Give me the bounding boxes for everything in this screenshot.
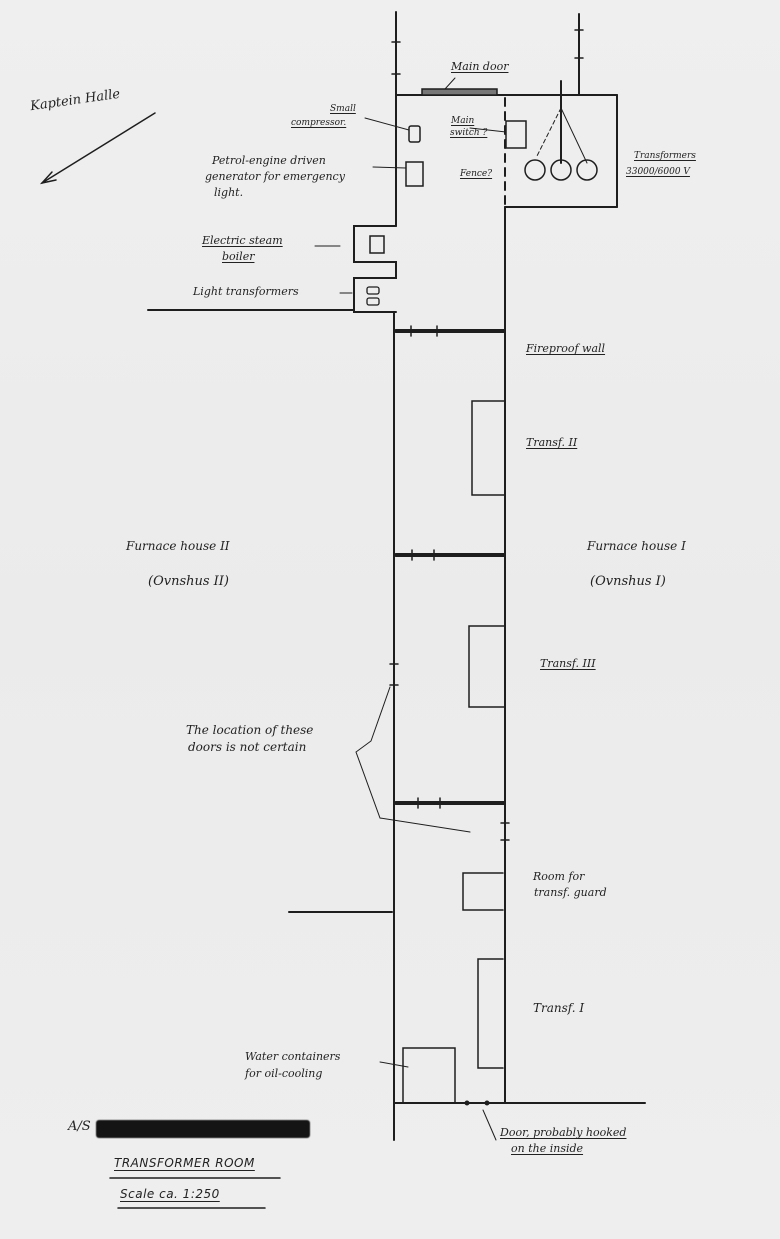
transformers-label-line2: 33000/6000 V <box>626 167 690 178</box>
guard-room-label-line2: transf. guard <box>534 886 607 899</box>
transformers-label-line1: Transformers <box>634 151 696 162</box>
main-switch-label-line2: switch ? <box>450 128 487 139</box>
doors-note-line2: doors is not certain <box>188 739 306 756</box>
company-prefix: A/S <box>68 1118 91 1136</box>
steam-boiler-label-line2: boiler <box>222 250 254 263</box>
door-hooked-label-line2: on the inside <box>511 1142 583 1155</box>
furnace-house-2-label: Furnace house II <box>126 538 230 555</box>
ovnshus-2-label: (Ovnshus II) <box>148 573 229 591</box>
steam-boiler-label-line1: Electric steam <box>202 234 283 247</box>
guard-room-label-line1: Room for <box>533 870 584 883</box>
fence-label: Fence? <box>460 169 492 180</box>
transf-3-label: Transf. III <box>540 657 596 670</box>
water-containers-label-line2: for oil-cooling <box>245 1067 322 1080</box>
door-hooked-label-line1: Door, probably hooked <box>500 1126 626 1139</box>
small-compressor-label-line1: Small <box>330 104 356 115</box>
fireproof-wall-label: Fireproof wall <box>526 342 605 355</box>
drawing-scale: Scale ca. 1:250 <box>120 1187 220 1201</box>
main-door-label: Main door <box>451 60 508 73</box>
ovnshus-1-label: (Ovnshus I) <box>590 573 666 591</box>
small-compressor-label-line2: compressor. <box>291 118 346 129</box>
generator-label-line1: Petrol-engine driven <box>212 154 326 167</box>
transf-2-label: Transf. II <box>526 436 577 449</box>
drawing-title: TRANSFORMER ROOM <box>114 1156 255 1170</box>
light-transformers-label: Light transformers <box>193 285 299 298</box>
floor-plan-drawing <box>0 0 780 1239</box>
direction-arrow-icon <box>42 113 155 183</box>
doors-note-line1: The location of these <box>186 722 313 739</box>
furnace-house-1-label: Furnace house I <box>587 538 686 555</box>
generator-label-line3: light. <box>214 186 243 199</box>
water-containers-label-line1: Water containers <box>245 1050 340 1063</box>
main-switch-label-line1: Main <box>451 116 474 127</box>
transf-1-label: Transf. I <box>533 1000 584 1017</box>
generator-label-line2: generator for emergency <box>205 170 345 183</box>
redacted-company-name <box>96 1120 310 1138</box>
